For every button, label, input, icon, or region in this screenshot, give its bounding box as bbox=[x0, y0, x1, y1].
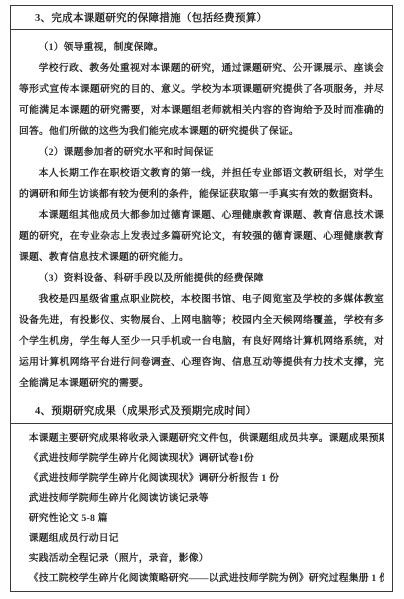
result-line: 《技工院校学生碎片化阅读策略研究——以武进技师学院为例》研究过程集册 1 份 bbox=[19, 572, 384, 585]
result-line: 《武进技师学院学生碎片化阅读现状》调研分析报告 1 份 bbox=[19, 472, 384, 485]
paragraph: （1）领导重视，制度保障。 bbox=[19, 37, 384, 58]
result-line: 武进技师学院师生碎片化阅读访谈记录等 bbox=[19, 492, 384, 505]
result-line: 课题组成员行动日记 bbox=[19, 532, 384, 545]
section-4-header: 4、预期研究成果（成果形式及预期完成时间） bbox=[11, 397, 392, 424]
result-line: 本课题主要研究成果将收录入课题研究文件包，供课题组成员共享。课题成果预期如下： bbox=[19, 432, 384, 445]
section-3-header: 3、完成本课题研究的保障措施（包括经费预算） bbox=[11, 6, 392, 30]
paragraph: 本课题组其他成员大都参加过德育课题、心理健康教育课题、教育信息技术课题的研究，在… bbox=[19, 205, 384, 268]
paragraph: （3）资料设备、科研手段以及所能提供的经费保障 bbox=[19, 268, 384, 289]
section-4-content: 本课题主要研究成果将收录入课题研究文件包，供课题组成员共享。课题成果预期如下： … bbox=[11, 424, 392, 591]
form-table: 3、完成本课题研究的保障措施（包括经费预算） （1）领导重视，制度保障。 学校行… bbox=[10, 5, 393, 592]
result-line: 研究性论文 5-8 篇 bbox=[19, 512, 384, 525]
result-line: 实践活动全程记录（照片，录音，影像） bbox=[19, 552, 384, 565]
result-line: 《武进技师学院学生碎片化阅读现状》调研试卷1份 bbox=[19, 452, 384, 465]
paragraph: 我校是四星级省重点职业院校，本校图书馆、电子阅览室及学校的多媒体教室设备先进，有… bbox=[19, 289, 384, 394]
section-3-content: （1）领导重视，制度保障。 学校行政、教务处重视对本课题的研究，通过课题研究、公… bbox=[11, 30, 392, 397]
paragraph: 学校行政、教务处重视对本课题的研究，通过课题研究、公开课展示、座谈会等形式宣传本… bbox=[19, 58, 384, 142]
document-page: 3、完成本课题研究的保障措施（包括经费预算） （1）领导重视，制度保障。 学校行… bbox=[0, 0, 404, 599]
paragraph: 本人长期工作在职校语文教育的第一线，并担任专业部语文教研组长，对学生的调研和师生… bbox=[19, 163, 384, 205]
paragraph: （2）课题参加者的研究水平和时间保证 bbox=[19, 142, 384, 163]
